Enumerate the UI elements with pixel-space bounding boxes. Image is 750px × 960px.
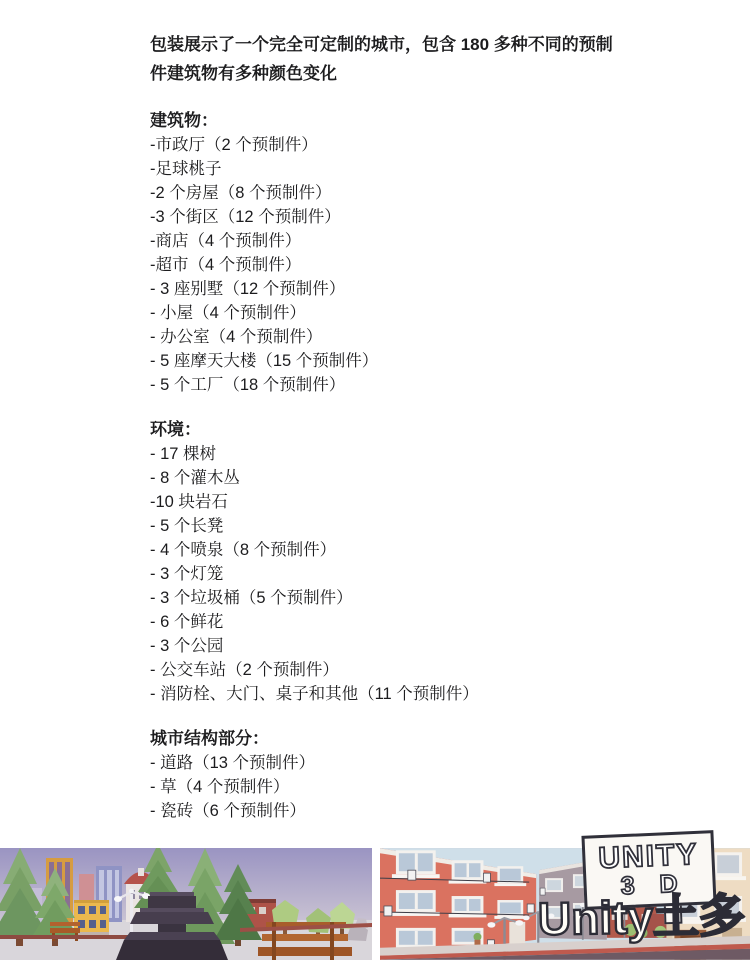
list-item: -商店（4 个预制件） xyxy=(150,229,630,253)
list-item: - 6 个鲜花 xyxy=(150,610,630,634)
list-item: - 17 棵树 xyxy=(150,442,630,466)
plant-pot xyxy=(473,933,481,946)
list-item: -2 个房屋（8 个预制件） xyxy=(150,181,630,205)
list-item: -足球桃子 xyxy=(150,157,630,181)
section-title-buildings: 建筑物： xyxy=(150,109,630,133)
intro-line-1: 包装展示了一个完全可定制的城市，包含 180 多种不同的预制 xyxy=(150,35,613,54)
list-item: - 草（4 个预制件） xyxy=(150,775,630,799)
section-title-environment: 环境： xyxy=(150,418,630,442)
park-scene-illustration xyxy=(0,848,372,960)
list-item: - 5 个工厂（18 个预制件） xyxy=(150,373,630,397)
section-title-city-structure: 城市结构部分： xyxy=(150,727,630,751)
list-item: - 5 座摩天大楼（15 个预制件） xyxy=(150,349,630,373)
product-description-page: 包装展示了一个完全可定制的城市，包含 180 多种不同的预制件建筑物有多种颜色变… xyxy=(0,0,750,960)
list-item: - 3 个灯笼 xyxy=(150,562,630,586)
list-item: - 公交车站（2 个预制件） xyxy=(150,658,630,682)
list-item: -3 个街区（12 个预制件） xyxy=(150,205,630,229)
description-text-block: 包装展示了一个完全可定制的城市，包含 180 多种不同的预制件建筑物有多种颜色变… xyxy=(150,30,630,823)
brand-watermark-text: Unity土多 xyxy=(538,890,746,944)
list-item: -市政厅（2 个预制件） xyxy=(150,133,630,157)
list-item: - 5 个长凳 xyxy=(150,514,630,538)
list-item: - 瓷砖（6 个预制件） xyxy=(150,799,630,823)
list-item: - 3 座别墅（12 个预制件） xyxy=(150,277,630,301)
list-item: - 4 个喷泉（8 个预制件） xyxy=(150,538,630,562)
list-item: -10 块岩石 xyxy=(150,490,630,514)
list-item: - 办公室（4 个预制件） xyxy=(150,325,630,349)
list-item: - 3 个公园 xyxy=(150,634,630,658)
list-item: - 消防栓、大门、桌子和其他（11 个预制件） xyxy=(150,682,630,706)
intro-line-2: 件建筑物有多种颜色变化 xyxy=(150,64,337,83)
park-scene-image xyxy=(0,848,372,960)
list-item: - 道路（13 个预制件） xyxy=(150,751,630,775)
list-item: - 3 个垃圾桶（5 个预制件） xyxy=(150,586,630,610)
intro-paragraph: 包装展示了一个完全可定制的城市，包含 180 多种不同的预制件建筑物有多种颜色变… xyxy=(150,30,630,88)
list-item: - 小屋（4 个预制件） xyxy=(150,301,630,325)
list-item: -超市（4 个预制件） xyxy=(150,253,630,277)
list-item: - 8 个灌木丛 xyxy=(150,466,630,490)
